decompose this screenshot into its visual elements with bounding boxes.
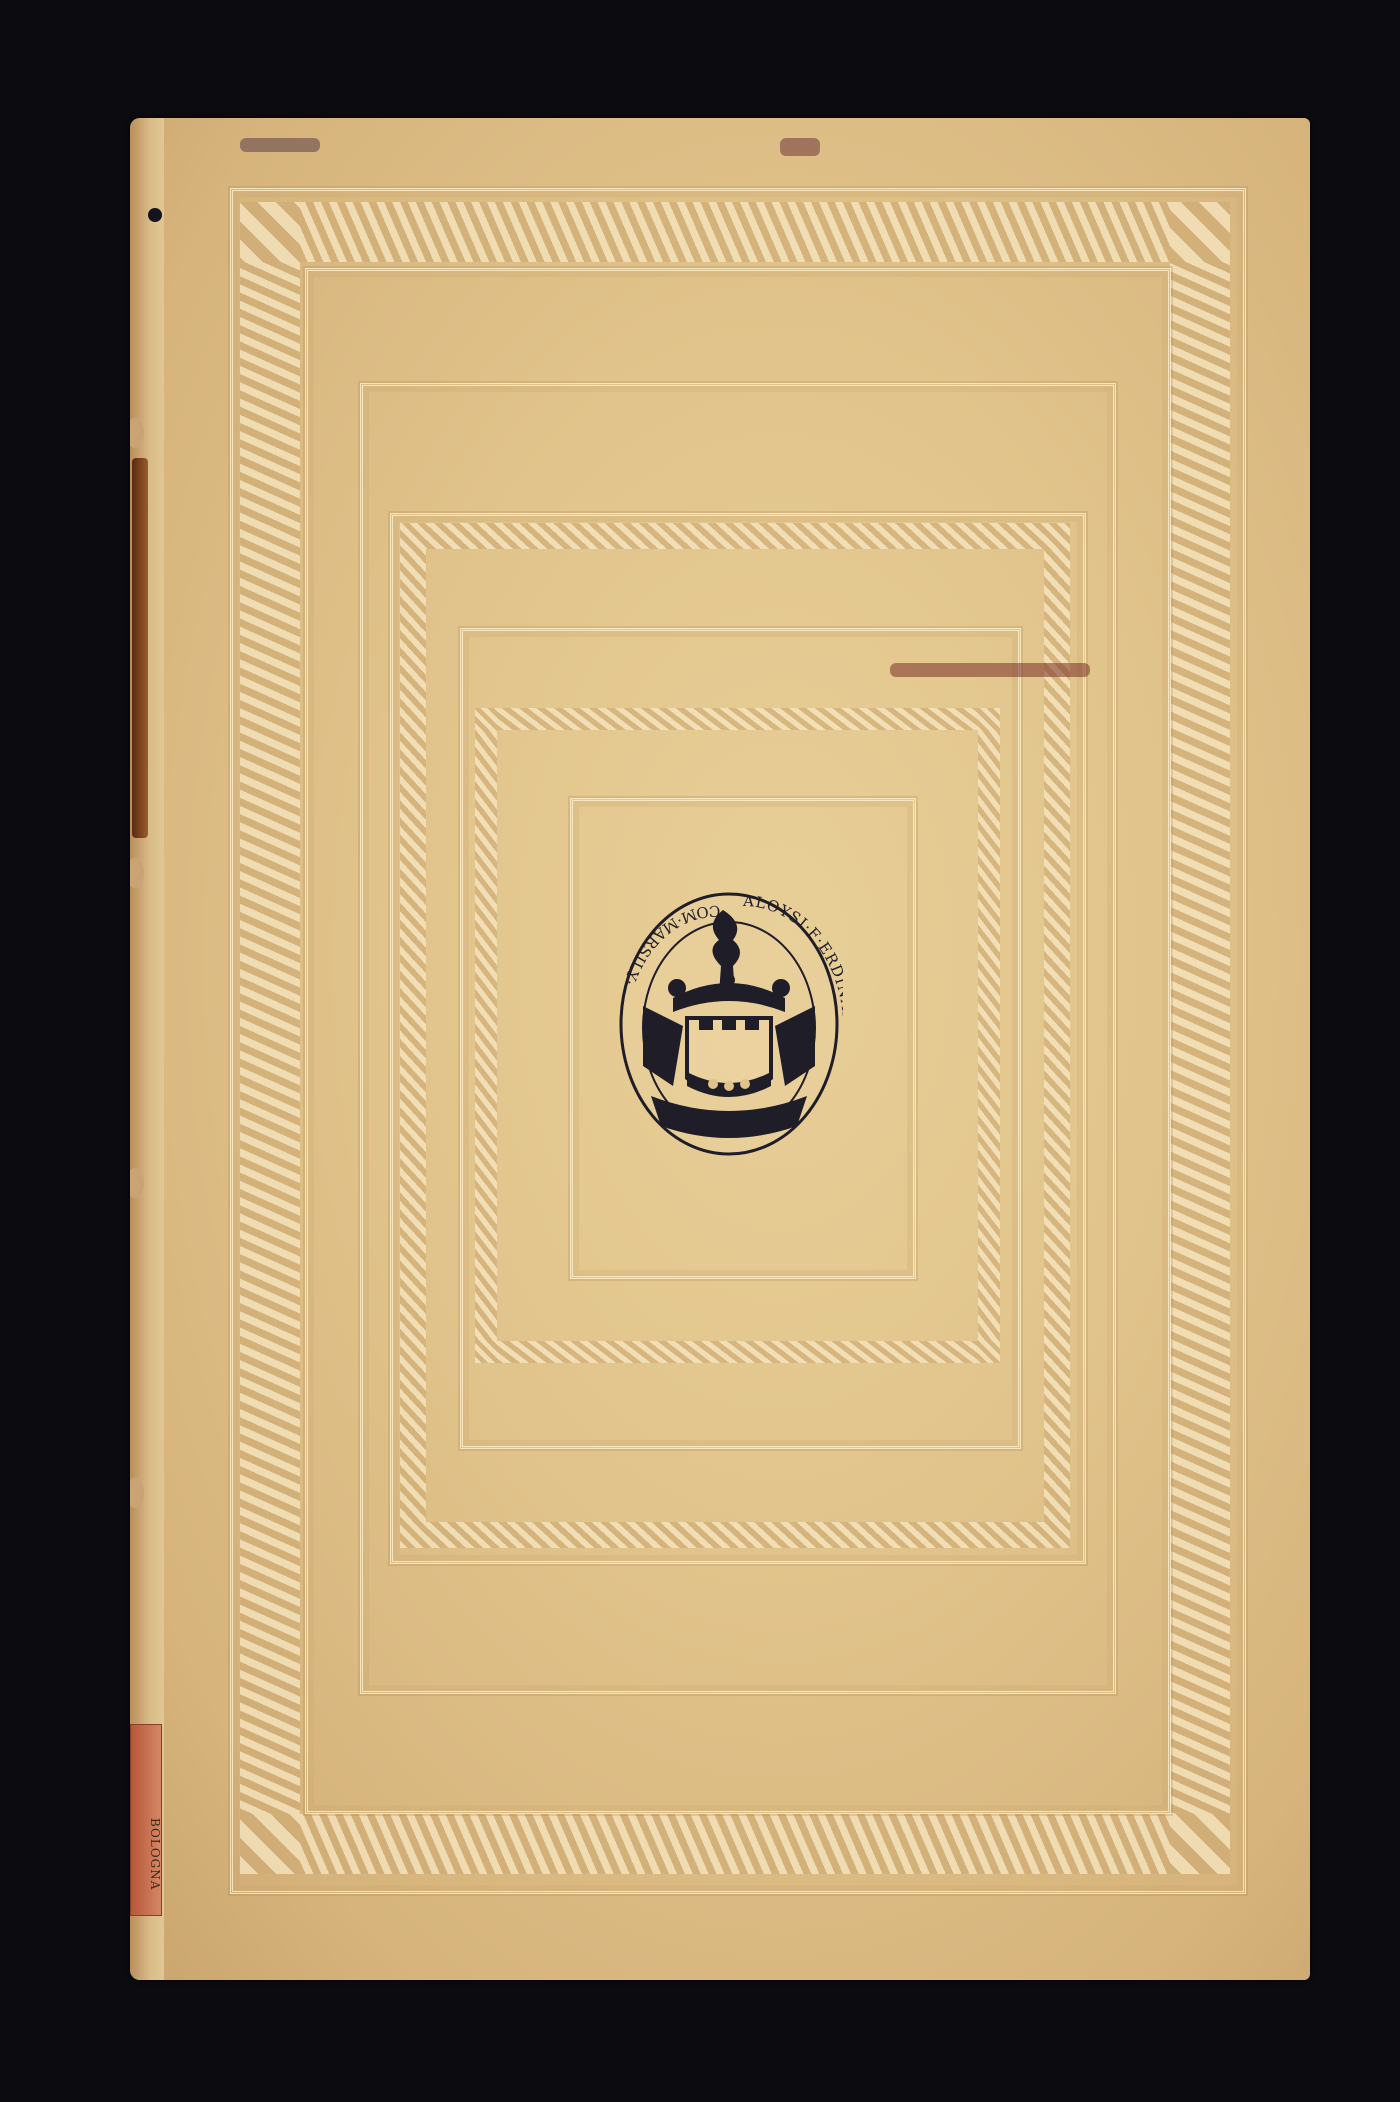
- spine-label-text: BOLOGNA: [148, 1818, 162, 1890]
- spine-leather-patch: [132, 458, 148, 838]
- ink-stain: [240, 138, 320, 152]
- spine: [130, 118, 164, 1980]
- ink-stain: [780, 138, 820, 156]
- ink-blot: [148, 208, 162, 222]
- book-cover: BOLOGNA COM·MARSILY· ALOYSI·F·ERDINAN: [130, 118, 1310, 1980]
- ink-stain: [890, 663, 1090, 677]
- armorial-seal: COM·MARSILY· ALOYSI·F·ERDINAN: [615, 888, 843, 1160]
